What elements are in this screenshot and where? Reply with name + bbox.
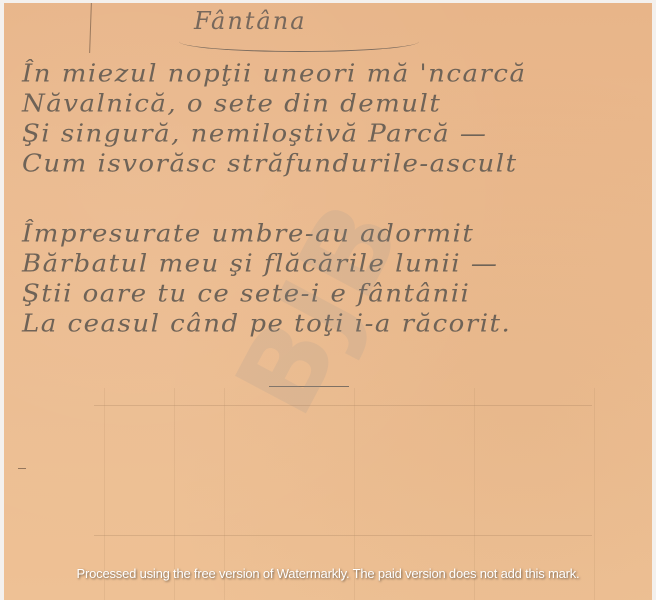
verse-line: În miezul nopţii uneori mă 'ncarcă xyxy=(22,60,526,89)
verse-line: Împresurate umbre-au adormit xyxy=(22,220,511,249)
verse-line: Şi singură, nemiloştivă Parcă — xyxy=(22,120,526,149)
verse-line: Năvalnică, o sete din demult xyxy=(22,90,526,119)
verse-line: Cum isvorăsc străfundurile-ascult xyxy=(22,150,526,179)
faint-ruling-line xyxy=(94,405,592,406)
title-underline xyxy=(179,31,419,52)
margin-line xyxy=(89,3,92,53)
faint-ruling-line xyxy=(94,535,592,536)
manuscript-page: Fântâna În miezul nopţii uneori mă 'ncar… xyxy=(4,3,652,600)
stanza-1: În miezul nopţii uneori mă 'ncarcă Năval… xyxy=(22,59,526,179)
watermark-notice: Processed using the free version of Wate… xyxy=(0,566,656,581)
margin-tick xyxy=(18,468,26,469)
